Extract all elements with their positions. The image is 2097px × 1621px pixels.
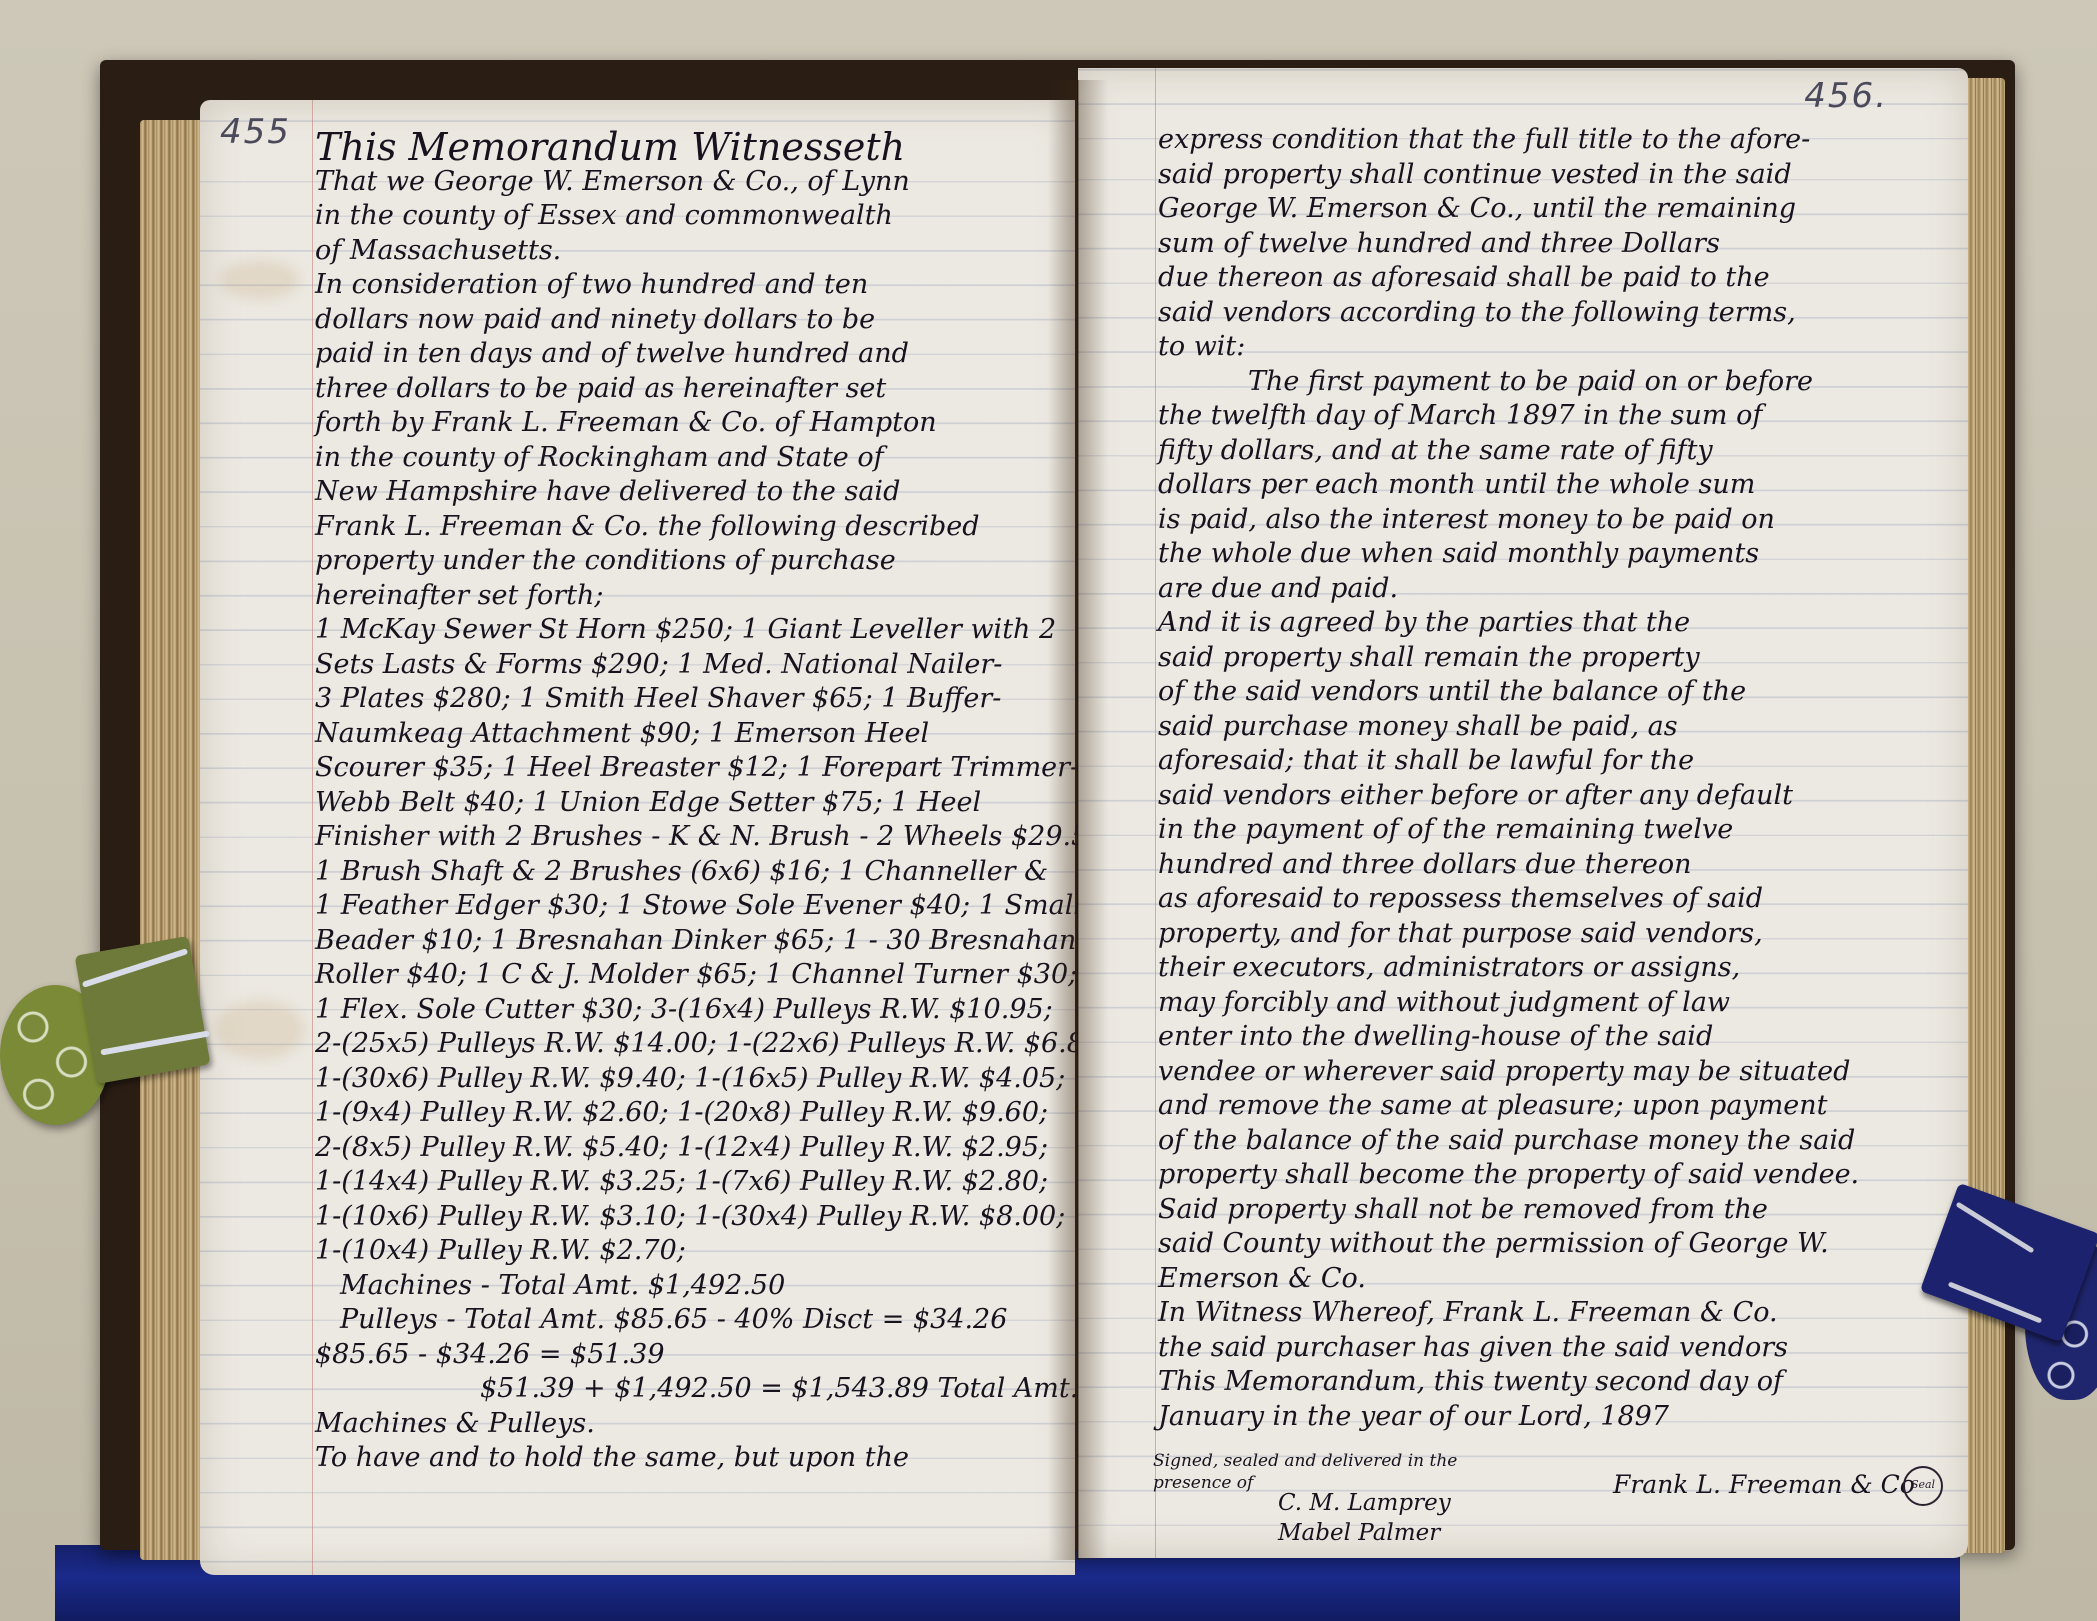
- text-line: of Massachusetts.: [315, 234, 1060, 269]
- left-page: 455 This Memorandum Witnesseth That we G…: [200, 100, 1075, 1575]
- text-line: property, and for that purpose said vend…: [1158, 917, 2008, 952]
- text-line: Machines & Pulleys.: [315, 1407, 1060, 1442]
- text-line: Emerson & Co.: [1158, 1262, 2008, 1297]
- text-line: due thereon as aforesaid shall be paid t…: [1158, 261, 2008, 296]
- foxing-stain: [215, 1000, 305, 1060]
- text-line: three dollars to be paid as hereinafter …: [315, 372, 1060, 407]
- right-page-text: express condition that the full title to…: [1158, 123, 2008, 1434]
- foxing-stain: [220, 260, 300, 300]
- text-line: George W. Emerson & Co., until the remai…: [1158, 192, 2008, 227]
- text-line: vendee or wherever said property may be …: [1158, 1055, 2008, 1090]
- text-line: fifty dollars, and at the same rate of f…: [1158, 434, 2008, 469]
- text-line: dollars now paid and ninety dollars to b…: [315, 303, 1060, 338]
- seal-icon: Seal: [1903, 1466, 1943, 1506]
- text-line: may forcibly and without judgment of law: [1158, 986, 2008, 1021]
- inventory-line: 1 Flex. Sole Cutter $30; 3-(16x4) Pulley…: [315, 993, 1060, 1028]
- purchaser-signature: Frank L. Freeman & Co: [1613, 1470, 1915, 1499]
- text-line: New Hampshire have delivered to the said: [315, 475, 1060, 510]
- inventory-line: 1 McKay Sewer St Horn $250; 1 Giant Leve…: [315, 613, 1060, 648]
- text-line: property shall become the property of sa…: [1158, 1158, 2008, 1193]
- left-page-text: This Memorandum Witnesseth That we Georg…: [315, 130, 1060, 1476]
- pulleys-net-calc: $85.65 - $34.26 = $51.39: [315, 1338, 1060, 1373]
- text-line: the said purchaser has given the said ve…: [1158, 1331, 2008, 1366]
- left-page-block-edges: [140, 120, 205, 1560]
- attestation-label: Signed, sealed and delivered in the pres…: [1153, 1450, 1483, 1494]
- text-line: dollars per each month until the whole s…: [1158, 468, 2008, 503]
- text-line: The first payment to be paid on or befor…: [1158, 365, 2008, 400]
- text-line: hundred and three dollars due thereon: [1158, 848, 2008, 883]
- text-line: said vendors according to the following …: [1158, 296, 2008, 331]
- pulley-line: 1-(10x4) Pulley R.W. $2.70;: [315, 1234, 1060, 1269]
- inventory-line: 1 Brush Shaft & 2 Brushes (6x6) $16; 1 C…: [315, 855, 1060, 890]
- text-line: aforesaid; that it shall be lawful for t…: [1158, 744, 2008, 779]
- text-line: Said property shall not be removed from …: [1158, 1193, 2008, 1228]
- green-binder-clip-icon: [75, 936, 211, 1084]
- pulley-line: 1-(30x6) Pulley R.W. $9.40; 1-(16x5) Pul…: [315, 1062, 1060, 1097]
- text-line: their executors, administrators or assig…: [1158, 951, 2008, 986]
- right-page: 456. express condition that the full tit…: [1078, 68, 1968, 1558]
- memo-title: This Memorandum Witnesseth: [315, 130, 1060, 165]
- pulley-line: 1-(9x4) Pulley R.W. $2.60; 1-(20x8) Pull…: [315, 1096, 1060, 1131]
- machines-total: Machines - Total Amt. $1,492.50: [315, 1269, 1060, 1304]
- text-line: in the county of Rockingham and State of: [315, 441, 1060, 476]
- witness-signature: Mabel Palmer: [1278, 1520, 1440, 1546]
- pulley-line: 2-(25x5) Pulleys R.W. $14.00; 1-(22x6) P…: [315, 1027, 1060, 1062]
- text-line: is paid, also the interest money to be p…: [1158, 503, 2008, 538]
- pulley-line: 2-(8x5) Pulley R.W. $5.40; 1-(12x4) Pull…: [315, 1131, 1060, 1166]
- grand-total: $51.39 + $1,492.50 = $1,543.89 Total Amt…: [315, 1372, 1060, 1407]
- text-line: sum of twelve hundred and three Dollars: [1158, 227, 2008, 262]
- text-line: said property shall continue vested in t…: [1158, 158, 2008, 193]
- page-number: 455: [220, 112, 291, 152]
- inventory-line: Roller $40; 1 C & J. Molder $65; 1 Chann…: [315, 958, 1060, 993]
- inventory-line: Finisher with 2 Brushes - K & N. Brush -…: [315, 820, 1060, 855]
- text-line: January in the year of our Lord, 1897: [1158, 1400, 2008, 1435]
- inventory-line: Scourer $35; 1 Heel Breaster $12; 1 Fore…: [315, 751, 1060, 786]
- inventory-line: Webb Belt $40; 1 Union Edge Setter $75; …: [315, 786, 1060, 821]
- text-line: In Witness Whereof, Frank L. Freeman & C…: [1158, 1296, 2008, 1331]
- text-line: enter into the dwelling-house of the sai…: [1158, 1020, 2008, 1055]
- text-line: property under the conditions of purchas…: [315, 544, 1060, 579]
- text-line: in the county of Essex and commonwealth: [315, 199, 1060, 234]
- text-line: the whole due when said monthly payments: [1158, 537, 2008, 572]
- text-line: to wit:: [1158, 330, 2008, 365]
- text-line: In consideration of two hundred and ten: [315, 268, 1060, 303]
- margin-line: [1155, 68, 1156, 1558]
- inventory-line: 3 Plates $280; 1 Smith Heel Shaver $65; …: [315, 682, 1060, 717]
- text-line: as aforesaid to repossess themselves of …: [1158, 882, 2008, 917]
- text-line: said vendors either before or after any …: [1158, 779, 2008, 814]
- text-line: And it is agreed by the parties that the: [1158, 606, 2008, 641]
- text-line: express condition that the full title to…: [1158, 123, 2008, 158]
- text-line: Frank L. Freeman & Co. the following des…: [315, 510, 1060, 545]
- text-line: said property shall remain the property: [1158, 641, 2008, 676]
- text-line: This Memorandum, this twenty second day …: [1158, 1365, 2008, 1400]
- text-line: and remove the same at pleasure; upon pa…: [1158, 1089, 2008, 1124]
- text-line: in the payment of of the remaining twelv…: [1158, 813, 2008, 848]
- inventory-line: Sets Lasts & Forms $290; 1 Med. National…: [315, 648, 1060, 683]
- text-line: of the balance of the said purchase mone…: [1158, 1124, 2008, 1159]
- text-line: paid in ten days and of twelve hundred a…: [315, 337, 1060, 372]
- page-number: 456.: [1804, 76, 1888, 116]
- pulley-line: 1-(14x4) Pulley R.W. $3.25; 1-(7x6) Pull…: [315, 1165, 1060, 1200]
- pulleys-total: Pulleys - Total Amt. $85.65 - 40% Disct …: [315, 1303, 1060, 1338]
- inventory-line: 1 Feather Edger $30; 1 Stowe Sole Evener…: [315, 889, 1060, 924]
- text-line: That we George W. Emerson & Co., of Lynn: [315, 165, 1060, 200]
- text-line: are due and paid.: [1158, 572, 2008, 607]
- margin-line: [312, 100, 313, 1575]
- pulley-line: 1-(10x6) Pulley R.W. $3.10; 1-(30x4) Pul…: [315, 1200, 1060, 1235]
- text-line: said purchase money shall be paid, as: [1158, 710, 2008, 745]
- witness-signature: C. M. Lamprey: [1278, 1490, 1451, 1516]
- text-line: said County without the permission of Ge…: [1158, 1227, 2008, 1262]
- text-line: hereinafter set forth;: [315, 579, 1060, 614]
- inventory-line: Beader $10; 1 Bresnahan Dinker $65; 1 - …: [315, 924, 1060, 959]
- text-line: forth by Frank L. Freeman & Co. of Hampt…: [315, 406, 1060, 441]
- text-line: the twelfth day of March 1897 in the sum…: [1158, 399, 2008, 434]
- text-line: of the said vendors until the balance of…: [1158, 675, 2008, 710]
- inventory-line: Naumkeag Attachment $90; 1 Emerson Heel: [315, 717, 1060, 752]
- text-line: To have and to hold the same, but upon t…: [315, 1441, 1060, 1476]
